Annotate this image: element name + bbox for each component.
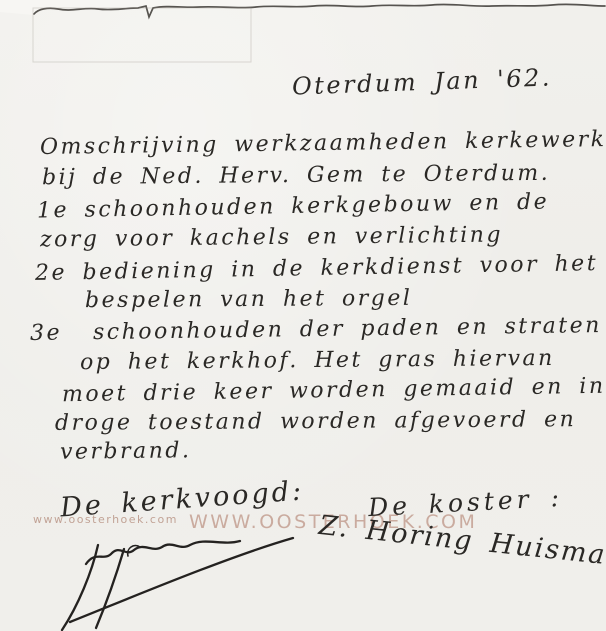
handwritten-line: 2e bediening in de kerkdienst voor het — [35, 251, 598, 286]
torn-edge-highlight — [0, 0, 606, 17]
handwritten-line: Omschrijving werkzaamheden kerkewerk — [40, 127, 606, 160]
handwritten-line: moet drie keer worden gemaaid en in — [62, 374, 606, 408]
torn-edge-line — [34, 4, 605, 17]
koster-label: De koster : — [367, 483, 563, 522]
kerkvoogd-signature — [62, 538, 293, 630]
handwritten-line: bij de Ned. Herv. Gem te Oterdum. — [42, 161, 550, 190]
handwritten-line: 3e schoonhouden der paden en straten — [30, 313, 602, 346]
handwritten-line: droge toestand worden afgevoerd en — [55, 407, 576, 436]
handwritten-line: verbrand. — [60, 438, 192, 465]
date-line: Oterdum Jan '62. — [292, 63, 553, 100]
handwritten-line: bespelen van het orgel — [85, 286, 413, 313]
handwritten-line: op het kerkhof. Het gras hiervan — [80, 346, 555, 375]
scanned-letter-page: www.oosterhoek.com WWW.OOSTERHOEK.COM Ot… — [0, 0, 606, 631]
handwritten-line: zorg voor kachels en verlichting — [40, 223, 503, 253]
pencil-box-outline — [33, 8, 251, 62]
handwritten-line: 1e schoonhouden kerkgebouw en de — [37, 190, 550, 224]
